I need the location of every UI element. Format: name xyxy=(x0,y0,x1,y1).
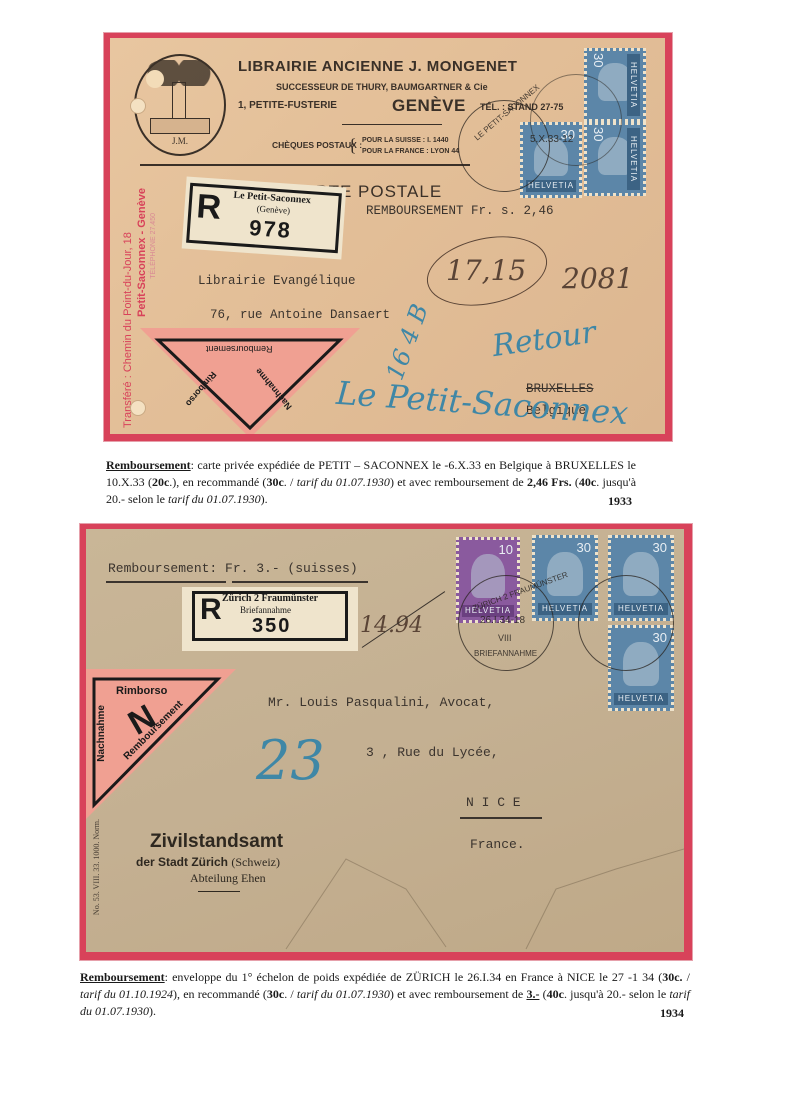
caption-bold: 30c xyxy=(267,987,284,1001)
stamp-country: HELVETIA xyxy=(526,180,576,192)
postcard-mount-frame: J.M. LIBRAIRIE ANCIENNE J. MONGENET SUCC… xyxy=(104,33,672,441)
letterhead-rule xyxy=(140,164,470,166)
cheques-france: POUR LA FRANCE : LYON 44 xyxy=(362,148,459,155)
side-address-line: Transféré : Chemin du Point-du-Jour, 18 xyxy=(122,168,134,428)
caption-text: ) et avec remboursement de xyxy=(390,987,527,1001)
caption-italic: tarif du 01.10.1924 xyxy=(80,987,173,1001)
paper-crease xyxy=(86,529,684,952)
caption-text: ( xyxy=(572,475,579,489)
cheques-suisse: POUR LA SUISSE : I. 1440 xyxy=(362,137,449,144)
caption-year: 1933 xyxy=(608,494,632,509)
recipient-name: Librairie Evangélique xyxy=(198,274,356,288)
envelope-mount-frame: Remboursement: Fr. 3.- (suisses) R Züric… xyxy=(80,524,692,960)
caption-text: ). xyxy=(261,492,268,506)
envelope-1934: Remboursement: Fr. 3.- (suisses) R Züric… xyxy=(86,529,684,952)
caption-bold: 40c xyxy=(547,987,564,1001)
remboursement-amount: REMBOURSEMENT Fr. s. 2,46 xyxy=(366,204,554,218)
caption-year: 1934 xyxy=(660,1006,684,1021)
stamp-country: HELVETIA xyxy=(627,128,640,190)
caption-italic: tarif du 01.07.1930 xyxy=(168,492,261,506)
caption-heading: Remboursement xyxy=(80,970,165,984)
caption-text: : enveloppe du 1° échelon de poids expéd… xyxy=(165,970,663,984)
caption-bold: 30c. xyxy=(662,970,682,984)
caption-1934: Remboursement: enveloppe du 1° échelon d… xyxy=(80,969,690,1020)
caption-bold: 40c xyxy=(579,475,596,489)
letterhead-address: 1, PETITE-FUSTERIE xyxy=(238,100,337,111)
caption-text: ), en recommandé ( xyxy=(173,987,267,1001)
divider xyxy=(342,124,442,125)
caption-bold: 20c xyxy=(152,475,169,489)
stamp-value: 30 xyxy=(591,53,606,67)
handwritten-retour: Retour xyxy=(490,315,598,364)
letterhead-subtitle: SUCCESSEUR DE THURY, BAUMGARTNER & Cie xyxy=(276,82,488,92)
caption-text: ). xyxy=(149,1004,156,1018)
caption-text: / xyxy=(683,970,690,984)
caption-heading: Remboursement xyxy=(106,458,191,472)
stamp-country: HELVETIA xyxy=(627,54,640,116)
caption-text: . / xyxy=(284,475,297,489)
caption-bold: 3.- xyxy=(526,987,539,1001)
registration-label: R Le Petit-Saconnex (Genève) 978 xyxy=(182,177,347,260)
punch-hole xyxy=(146,70,164,88)
caption-text: ) et avec remboursement de xyxy=(390,475,527,489)
cod-label-text: Remboursement xyxy=(206,344,273,354)
caption-text: .), en recommandé ( xyxy=(169,475,266,489)
handwritten-amount: 17,15 xyxy=(446,254,526,287)
letterhead-city: GENÈVE xyxy=(392,96,466,116)
punch-hole xyxy=(130,98,146,114)
caption-italic: tarif du 01.07.1930 xyxy=(297,987,390,1001)
postmark-date: 5.X.33-12 xyxy=(530,134,573,145)
registration-letter: R xyxy=(195,187,222,228)
logo-monogram: J.M. xyxy=(136,136,224,146)
letterhead-title: LIBRAIRIE ANCIENNE J. MONGENET xyxy=(238,58,517,75)
caption-text: . / xyxy=(284,987,297,1001)
side-telephone: TÉLÉPHONE 27.450 xyxy=(150,213,157,279)
bookshop-logo: J.M. xyxy=(134,54,226,156)
caption-text: ( xyxy=(539,987,546,1001)
brace-icon: { xyxy=(348,135,357,156)
caption-1933: Remboursement: carte privée expédiée de … xyxy=(106,457,636,508)
caption-bold: 30c xyxy=(266,475,283,489)
caption-text: . jusqu'à 20.- selon le xyxy=(564,987,669,1001)
registration-number: 978 xyxy=(248,215,292,244)
postmark xyxy=(530,74,622,166)
postcard-1933: J.M. LIBRAIRIE ANCIENNE J. MONGENET SUCC… xyxy=(110,38,665,434)
handwritten-number: 2081 xyxy=(562,262,633,295)
recipient-street: 76, rue Antoine Dansaert xyxy=(210,308,390,322)
fountain-basin xyxy=(150,118,210,134)
side-address-line: Petit-Saconnex - Genève xyxy=(136,188,148,317)
caption-bold: 2,46 Frs. xyxy=(527,475,572,489)
caption-italic: tarif du 01.07.1930 xyxy=(297,475,390,489)
